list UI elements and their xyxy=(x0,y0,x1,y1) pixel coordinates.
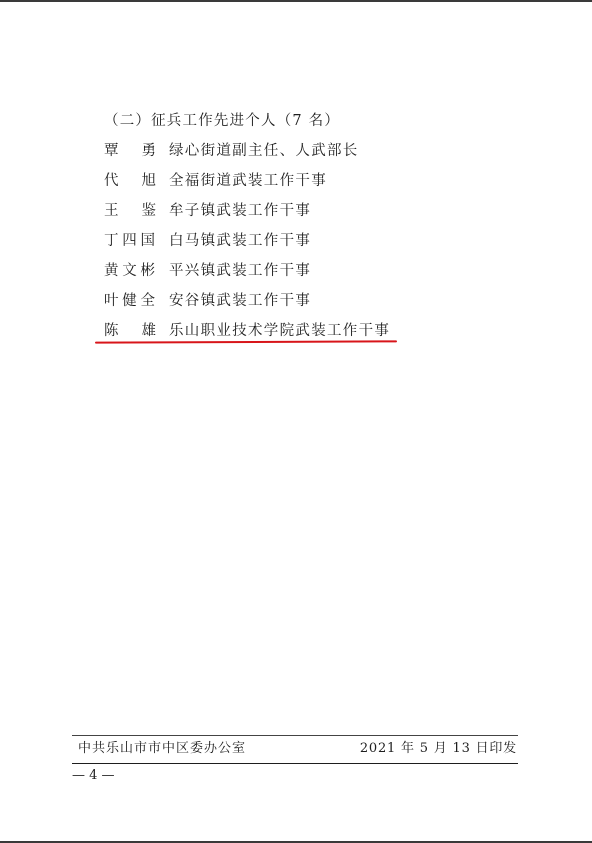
person-name: 丁 四 国 xyxy=(104,231,156,251)
person-name: 覃 勇 xyxy=(104,141,156,161)
page-top-border xyxy=(0,0,592,2)
person-title: 全福街道武装工作干事 xyxy=(169,171,327,191)
person-name: 代 旭 xyxy=(104,171,156,191)
footer-bottom-rule xyxy=(72,763,518,764)
red-highlight-underline xyxy=(95,340,397,343)
person-name: 王 鉴 xyxy=(104,201,156,221)
issue-date: 2021 年 5 月 13 日印发 xyxy=(360,740,517,758)
footer-top-rule xyxy=(72,735,518,736)
person-name: 叶 健 全 xyxy=(104,291,156,311)
person-title: 安谷镇武装工作干事 xyxy=(169,291,311,311)
person-name: 黄 文 彬 xyxy=(104,261,156,281)
person-title: 乐山职业技术学院武装工作干事 xyxy=(169,321,390,341)
section-title: （二）征兵工作先进个人（7 名） xyxy=(104,111,340,131)
issuer-name: 中共乐山市市中区委办公室 xyxy=(78,740,246,758)
person-title: 牟子镇武装工作干事 xyxy=(169,201,311,221)
person-title: 平兴镇武装工作干事 xyxy=(169,261,311,281)
person-title: 绿心街道副主任、人武部长 xyxy=(169,141,359,161)
page-number: — 4 — xyxy=(72,767,115,785)
person-title: 白马镇武装工作干事 xyxy=(169,231,311,251)
person-name: 陈 雄 xyxy=(104,321,156,341)
